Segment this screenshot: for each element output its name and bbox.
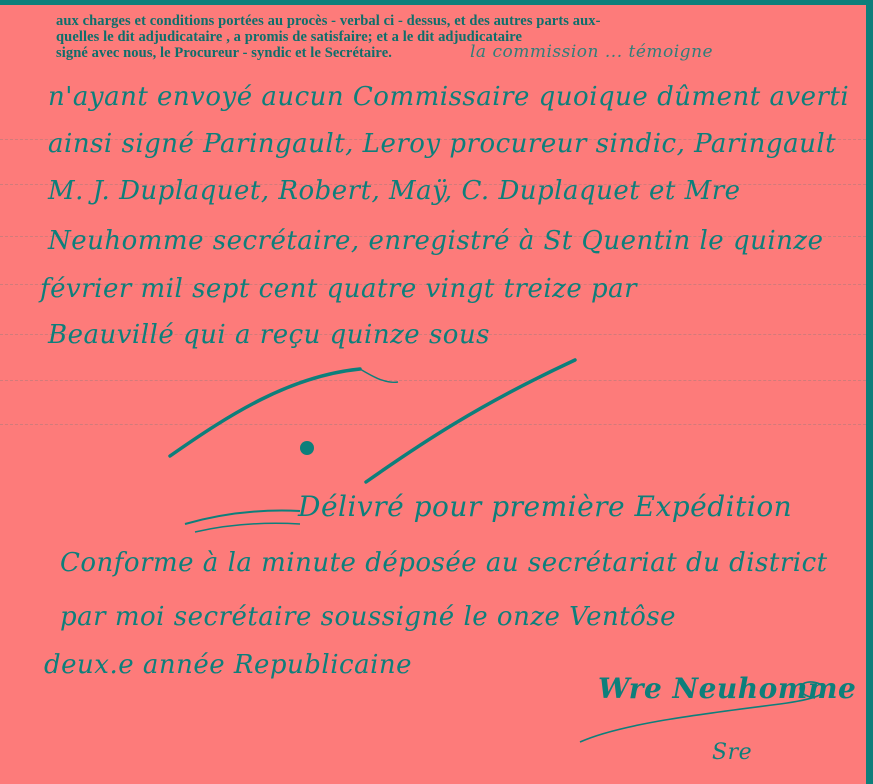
certification-line-3: deux.e année Republicaine [44, 650, 412, 680]
certification-heading: Délivré pour première Expédition [298, 490, 792, 523]
certification-line-2: par moi secrétaire soussigné le onze Ven… [60, 602, 676, 632]
scan-border-right [866, 0, 873, 784]
certification-line-1: Conforme à la minute déposée au secrétar… [60, 548, 828, 578]
signature-title: Sre [712, 740, 752, 765]
signature-name: Wre Neuhomme [598, 672, 856, 705]
document-page: aux charges et conditions portées au pro… [0, 4, 866, 784]
scan-border-top [0, 0, 873, 5]
